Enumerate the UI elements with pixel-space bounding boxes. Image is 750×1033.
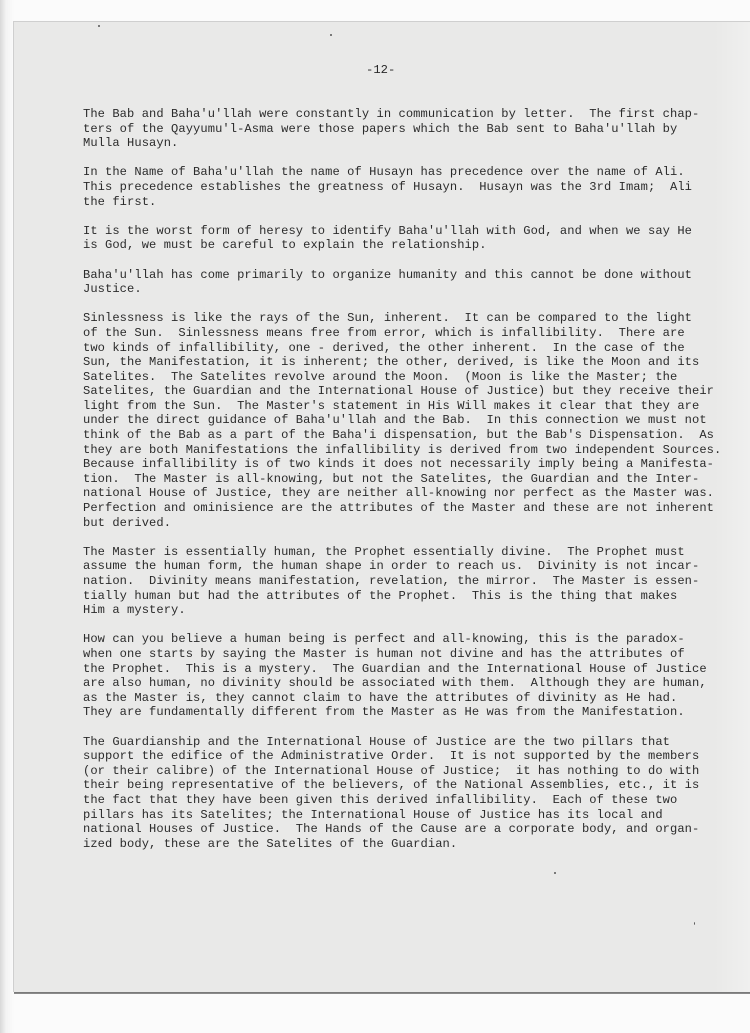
text-line: the fact that they have been given this …	[83, 793, 733, 808]
text-line: tion. The Master is all-knowing, but not…	[83, 472, 733, 487]
text-line: ized body, these are the Satelites of th…	[83, 837, 733, 852]
text-line: The Master is essentially human, the Pro…	[83, 545, 733, 560]
text-line: ters of the Qayyumu'l-Asma were those pa…	[83, 122, 733, 137]
text-line: The Guardianship and the International H…	[83, 735, 733, 750]
text-line: are also human, no divinity should be as…	[83, 676, 733, 691]
text-line: the Prophet. This is a mystery. The Guar…	[83, 662, 733, 677]
text-line: as the Master is, they cannot claim to h…	[83, 691, 733, 706]
document-body: The Bab and Baha'u'llah were constantly …	[83, 107, 733, 866]
text-line: (or their calibre) of the International …	[83, 764, 733, 779]
text-line: their being representative of the believ…	[83, 778, 733, 793]
text-line: Him a mystery.	[83, 603, 733, 618]
text-line: This precedence establishes the greatnes…	[83, 180, 733, 195]
text-line: pillars has its Satelites; the Internati…	[83, 808, 733, 823]
text-line: Because infallibility is of two kinds it…	[83, 457, 733, 472]
text-line: Baha'u'llah has come primarily to organi…	[83, 268, 733, 283]
page-number: -12-	[366, 63, 395, 77]
paragraph-name-precedence: In the Name of Baha'u'llah the name of H…	[83, 165, 733, 209]
text-line: but derived.	[83, 516, 733, 531]
text-line: is God, we must be careful to explain th…	[83, 238, 733, 253]
paragraph-infallibility: Sinlessness is like the rays of the Sun,…	[83, 311, 733, 530]
text-line: support the edifice of the Administrativ…	[83, 749, 733, 764]
text-line: under the direct guidance of Baha'u'llah…	[83, 413, 733, 428]
text-line: The Bab and Baha'u'llah were constantly …	[83, 107, 733, 122]
text-line: think of the Bab as a part of the Baha'i…	[83, 428, 733, 443]
text-line: of the Sun. Sinlessness means free from …	[83, 326, 733, 341]
text-line: Perfection and ominisience are the attri…	[83, 501, 733, 516]
text-line: How can you believe a human being is per…	[83, 632, 733, 647]
text-line: light from the Sun. The Master's stateme…	[83, 399, 733, 414]
text-line: national Houses of Justice. The Hands of…	[83, 822, 733, 837]
text-line: the first.	[83, 195, 733, 210]
paragraph-two-pillars: The Guardianship and the International H…	[83, 735, 733, 852]
text-line: Sun, the Manifestation, it is inherent; …	[83, 355, 733, 370]
paper-speck	[694, 922, 695, 925]
text-line: Sinlessness is like the rays of the Sun,…	[83, 311, 733, 326]
paragraph-master-human: The Master is essentially human, the Pro…	[83, 545, 733, 618]
text-line: they are both Manifestations the infalli…	[83, 443, 733, 458]
paragraph-bab-correspondence: The Bab and Baha'u'llah were constantly …	[83, 107, 733, 151]
paragraph-heresy: It is the worst form of heresy to identi…	[83, 224, 733, 253]
text-line: two kinds of infallibility, one - derive…	[83, 341, 733, 356]
text-line: national House of Justice, they are neit…	[83, 486, 733, 501]
paper-speck	[330, 34, 332, 36]
text-line: Satelites, the Guardian and the Internat…	[83, 384, 733, 399]
paragraph-paradox: How can you believe a human being is per…	[83, 632, 733, 720]
text-line: They are fundamentally different from th…	[83, 705, 733, 720]
paragraph-justice: Baha'u'llah has come primarily to organi…	[83, 268, 733, 297]
text-line: when one starts by saying the Master is …	[83, 647, 733, 662]
text-line: It is the worst form of heresy to identi…	[83, 224, 733, 239]
text-line: Mulla Husayn.	[83, 136, 733, 151]
paper-speck	[98, 25, 100, 27]
text-line: assume the human form, the human shape i…	[83, 559, 733, 574]
text-line: Satelites. The Satelites revolve around …	[83, 370, 733, 385]
text-line: nation. Divinity means manifestation, re…	[83, 574, 733, 589]
text-line: In the Name of Baha'u'llah the name of H…	[83, 165, 733, 180]
paper-speck	[554, 872, 556, 874]
text-line: tially human but had the attributes of t…	[83, 589, 733, 604]
text-line: Justice.	[83, 282, 733, 297]
